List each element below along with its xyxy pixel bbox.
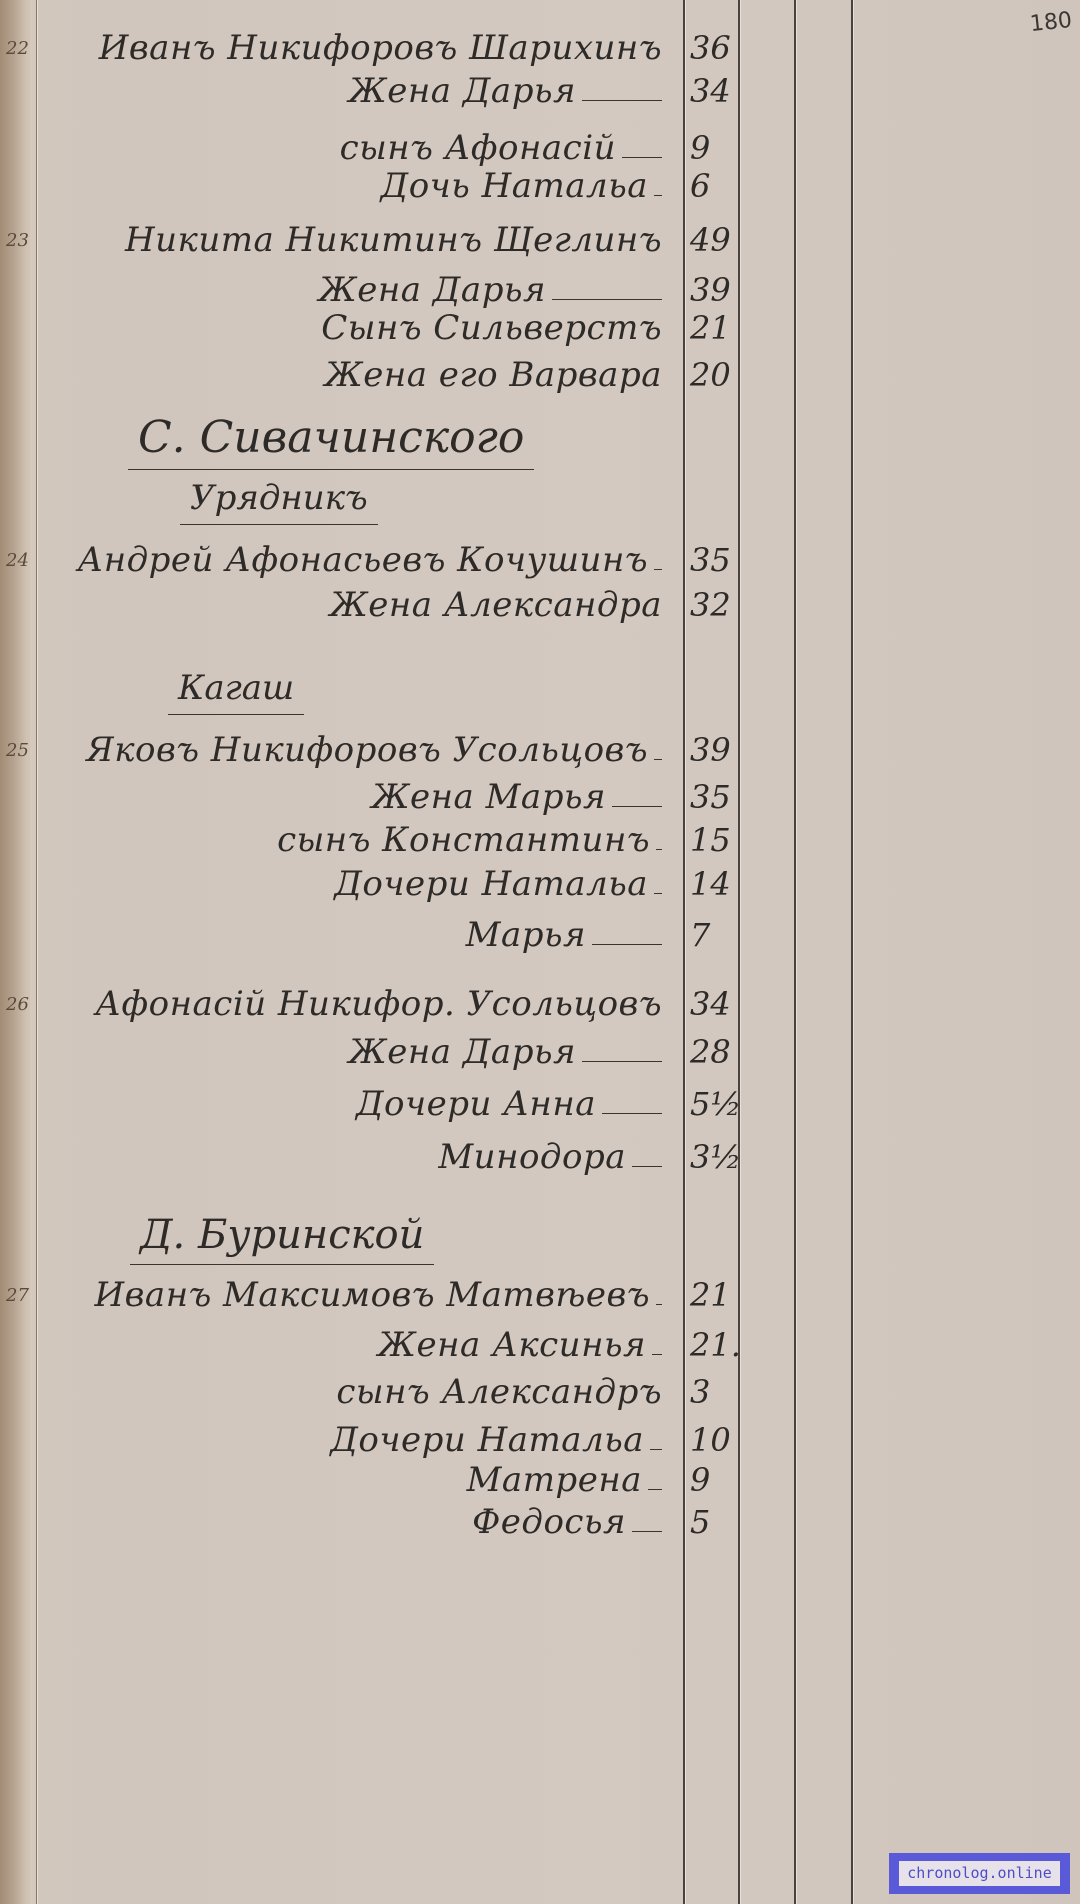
age-value: 21: [690, 1273, 738, 1317]
age-value: 9: [690, 1458, 738, 1502]
age-value: 5½: [690, 1082, 738, 1126]
filler-dash: [632, 1166, 662, 1167]
entry-number: 27: [6, 1285, 29, 1306]
census-row: Федосья5: [0, 1500, 740, 1544]
filler-dash: [622, 157, 662, 158]
section-heading-label: Урядникъ: [180, 478, 378, 525]
person-name: Андрей Афонасьевъ Кочушинъ: [77, 538, 662, 582]
person-name: Федосья: [472, 1500, 662, 1544]
filler-dash: [612, 806, 662, 807]
person-name: Жена Аксинья: [378, 1323, 662, 1367]
section-heading-village-buri: Д. Буринской: [130, 1212, 434, 1265]
person-name: Минодора: [438, 1135, 662, 1179]
person-name: Дочери Натальа: [334, 862, 662, 906]
filler-dash: [656, 1304, 662, 1305]
person-name: Дочь Натальа: [381, 164, 662, 208]
person-name-text: Иванъ Никифоровъ Шарихинъ: [99, 26, 662, 70]
entry-number: 22: [6, 38, 29, 59]
person-name-text: Минодора: [438, 1135, 626, 1179]
census-row: Жена Аксинья21.: [0, 1323, 740, 1367]
filler-dash: [654, 569, 662, 570]
person-name: Дочери Анна: [356, 1082, 662, 1126]
census-row: Жена Александра32: [0, 583, 740, 627]
census-row: сынъ Константинъ15: [0, 818, 740, 862]
census-row: сынъ Александръ3: [0, 1370, 740, 1414]
age-value: 21.: [690, 1323, 738, 1367]
census-row: Жена Дарья34: [0, 69, 740, 113]
person-name-text: Яковъ Никифоровъ Усольцовъ: [86, 728, 648, 772]
person-name-text: Андрей Афонасьевъ Кочушинъ: [77, 538, 648, 582]
entry-number: 23: [6, 230, 29, 251]
person-name: Дочери Натальа: [330, 1418, 662, 1462]
person-name-text: Иванъ Максимовъ Матвѣевъ: [94, 1273, 650, 1317]
person-name-text: Дочери Анна: [356, 1082, 596, 1126]
filler-dash: [654, 759, 662, 760]
entry-number: 24: [6, 550, 29, 571]
entry-number: 26: [6, 994, 29, 1015]
person-name-text: Сынъ Сильверстъ: [321, 306, 662, 350]
age-value: 36: [690, 26, 738, 70]
person-name: Жена Марья: [371, 775, 662, 819]
age-value: 39: [690, 728, 738, 772]
age-value: 6: [690, 164, 738, 208]
person-name-text: Жена Дарья: [349, 69, 577, 113]
census-row: Матрена9: [0, 1458, 740, 1502]
age-value: 35: [690, 538, 738, 582]
watermark-text: chronolog.online: [899, 1861, 1060, 1886]
person-name: сынъ Александръ: [336, 1370, 662, 1414]
section-heading-label: Кагаш: [168, 668, 304, 715]
filler-dash: [582, 100, 662, 101]
person-name: Иванъ Максимовъ Матвѣевъ: [94, 1273, 662, 1317]
person-name-text: Марья: [466, 913, 586, 957]
age-value: 15: [690, 818, 738, 862]
age-value: 10: [690, 1418, 738, 1462]
census-row: 22Иванъ Никифоровъ Шарихинъ36: [0, 26, 740, 70]
census-row: Жена Дарья28: [0, 1030, 740, 1074]
person-name: сынъ Константинъ: [277, 818, 662, 862]
age-value: 21: [690, 306, 738, 350]
filler-dash: [652, 1354, 662, 1355]
filler-dash: [650, 1449, 662, 1450]
age-value: 3½: [690, 1135, 738, 1179]
age-value: 14: [690, 862, 738, 906]
entry-number: 25: [6, 740, 29, 761]
census-row: Дочери Натальа10: [0, 1418, 740, 1462]
filler-dash: [648, 1489, 662, 1490]
column-rule-4: [851, 0, 853, 1904]
person-name: Матрена: [467, 1458, 662, 1502]
person-name-text: Жена Аксинья: [378, 1323, 646, 1367]
person-name-text: Афонасій Никифор. Усольцовъ: [95, 982, 662, 1026]
census-row: Сынъ Сильверстъ21: [0, 306, 740, 350]
section-heading-rank: Урядникъ: [180, 478, 378, 525]
person-name: Жена Дарья: [349, 1030, 663, 1074]
filler-dash: [552, 299, 662, 300]
person-name: Иванъ Никифоровъ Шарихинъ: [99, 26, 662, 70]
census-row: Дочери Анна5½: [0, 1082, 740, 1126]
section-heading-place: Кагаш: [168, 668, 304, 715]
person-name-text: сынъ Константинъ: [277, 818, 650, 862]
census-row: Марья7: [0, 913, 740, 957]
census-row: 27Иванъ Максимовъ Матвѣевъ21: [0, 1273, 740, 1317]
person-name-text: Дочери Натальа: [334, 862, 648, 906]
person-name: Жена Дарья: [349, 69, 663, 113]
age-value: 34: [690, 982, 738, 1026]
section-heading-label: Д. Буринской: [130, 1212, 434, 1265]
person-name-text: Дочь Натальа: [381, 164, 648, 208]
age-value: 7: [690, 913, 738, 957]
person-name: Сынъ Сильверстъ: [321, 306, 662, 350]
person-name: Жена Александра: [330, 583, 662, 627]
page-number: 180: [1029, 8, 1073, 37]
filler-dash: [582, 1061, 662, 1062]
census-row: 23Никита Никитинъ Щеглинъ49: [0, 218, 740, 262]
person-name: Марья: [466, 913, 662, 957]
census-row: Минодора3½: [0, 1135, 740, 1179]
person-name-text: сынъ Александръ: [336, 1370, 662, 1414]
person-name-text: Матрена: [467, 1458, 642, 1502]
section-heading-label: С. Сивачинского: [128, 412, 534, 470]
age-value: 5: [690, 1500, 738, 1544]
age-value: 49: [690, 218, 738, 262]
filler-dash: [654, 195, 662, 196]
census-row: Дочери Натальа14: [0, 862, 740, 906]
filler-dash: [654, 893, 662, 894]
age-value: 3: [690, 1370, 738, 1414]
person-name-text: Жена Дарья: [349, 1030, 577, 1074]
age-value: 34: [690, 69, 738, 113]
person-name-text: Никита Никитинъ Щеглинъ: [125, 218, 662, 262]
filler-dash: [632, 1531, 662, 1532]
person-name-text: Дочери Натальа: [330, 1418, 644, 1462]
age-value: 28: [690, 1030, 738, 1074]
census-row: 26Афонасій Никифор. Усольцовъ34: [0, 982, 740, 1026]
person-name-text: Жена Марья: [371, 775, 606, 819]
census-row: Жена его Варвара20: [0, 353, 740, 397]
age-value: 32: [690, 583, 738, 627]
person-name: Жена его Варвара: [325, 353, 663, 397]
filler-dash: [602, 1113, 662, 1114]
census-row: 25Яковъ Никифоровъ Усольцовъ39: [0, 728, 740, 772]
person-name: Афонасій Никифор. Усольцовъ: [95, 982, 662, 1026]
person-name: Яковъ Никифоровъ Усольцовъ: [86, 728, 662, 772]
age-value: 35: [690, 775, 738, 819]
person-name-text: Федосья: [472, 1500, 626, 1544]
census-row: 24Андрей Афонасьевъ Кочушинъ35: [0, 538, 740, 582]
filler-dash: [656, 849, 662, 850]
person-name-text: Жена Александра: [330, 583, 662, 627]
census-row: Жена Марья35: [0, 775, 740, 819]
column-rule-3: [794, 0, 796, 1904]
section-heading-village: С. Сивачинского: [128, 412, 534, 470]
watermark: chronolog.online: [889, 1853, 1070, 1894]
person-name-text: Жена его Варвара: [325, 353, 663, 397]
person-name: Никита Никитинъ Щеглинъ: [125, 218, 662, 262]
filler-dash: [592, 944, 662, 945]
age-value: 20: [690, 353, 738, 397]
census-row: Дочь Натальа6: [0, 164, 740, 208]
